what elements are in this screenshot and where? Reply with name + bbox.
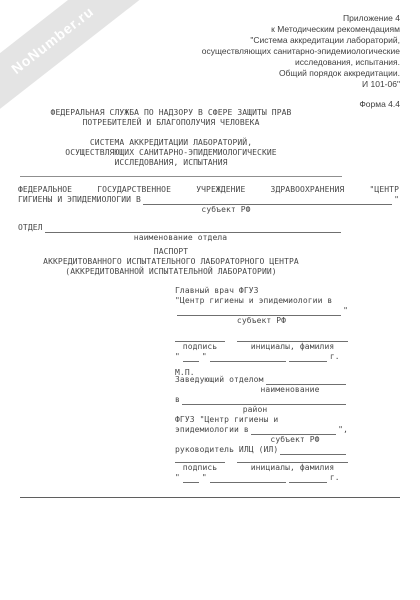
- name-blank-line: [237, 455, 348, 463]
- institution-name-line2: ГИГИЕНЫ И ЭПИДЕМИОЛОГИИ В: [18, 195, 141, 205]
- name-blank-line: [237, 334, 348, 342]
- subject-rf-caption: субъект РФ: [175, 316, 348, 326]
- name-caption: инициалы, фамилия: [237, 342, 348, 352]
- fguz-line: эпидемиологии в: [175, 425, 249, 435]
- in-label: в: [175, 395, 180, 405]
- department-name-caption: наименование отдела: [18, 233, 343, 243]
- appendix-line: исследования, испытания.: [120, 57, 400, 68]
- system-name-line: СИСТЕМА АККРЕДИТАЦИИ ЛАБОРАТОРИЙ,: [20, 138, 322, 148]
- title-line: (АККРЕДИТОВАННОЙ ИСПЫТАТЕЛЬНОЙ ЛАБОРАТОР…: [20, 267, 322, 277]
- blank-year-field: [289, 473, 327, 483]
- close-quote: ": [202, 473, 207, 483]
- subject-rf-caption: субъект РФ: [251, 435, 339, 445]
- blank-subject-field: [177, 306, 341, 316]
- chief-title-line: Главный врач ФГУЗ: [175, 286, 348, 296]
- closing-quote: ": [343, 306, 348, 316]
- name-caption: инициалы, фамилия: [237, 463, 348, 473]
- otdel-label: ОТДЕЛ: [18, 223, 43, 233]
- signature-caption: подпись: [175, 342, 225, 352]
- document-page: NoNumber.ru Приложение 4 к Методическим …: [0, 0, 420, 600]
- date-line: " " г.: [175, 352, 348, 362]
- spacer: [20, 128, 322, 138]
- agency-name-line: ПОТРЕБИТЕЛЕЙ И БЛАГОПОЛУЧИЯ ЧЕЛОВЕКА: [20, 118, 322, 128]
- subject-rf-caption: субъект РФ: [146, 205, 306, 215]
- institution-block: ФЕДЕРАЛЬНОЕ ГОСУДАРСТВЕННОЕ УЧРЕЖДЕНИЕ З…: [18, 185, 399, 243]
- signature-caption: подпись: [175, 463, 225, 473]
- appendix-line: Общий порядок аккредитации.: [120, 68, 400, 79]
- blank-subject-field: [251, 425, 336, 435]
- watermark-text: NoNumber.ru: [8, 3, 96, 77]
- chief-title-line: "Центр гигиены и эпидемиологии в: [175, 296, 348, 306]
- blank-head-field: [280, 445, 346, 455]
- appendix-line: И 101-06": [120, 79, 400, 90]
- system-name-line: ИССЛЕДОВАНИЯ, ИСПЫТАНИЯ: [20, 158, 322, 168]
- system-name-line: ОСУЩЕСТВЛЯЮЩИХ САНИТАРНО-ЭПИДЕМИОЛОГИЧЕС…: [20, 148, 322, 158]
- title-line: АККРЕДИТОВАННОГО ИСПЫТАТЕЛЬНОГО ЛАБОРАТО…: [20, 257, 322, 267]
- signature-blank-line: [175, 455, 225, 463]
- appendix-line: к Методическим рекомендациям: [120, 24, 400, 35]
- year-suffix: г.: [330, 473, 340, 483]
- appendix-line: "Система аккредитации лабораторий,: [120, 35, 400, 46]
- agency-name-line: ФЕДЕРАЛЬНАЯ СЛУЖБА ПО НАДЗОРУ В СФЕРЕ ЗА…: [20, 108, 322, 118]
- spacer: [175, 326, 348, 334]
- title-line: ПАСПОРТ: [20, 247, 322, 257]
- fguz-line: ФГУЗ "Центр гигиены и: [175, 415, 348, 425]
- open-quote: ": [175, 473, 180, 483]
- department-head-block: Заведующий отделом наименование в район …: [175, 375, 348, 483]
- ilc-head-label: руководитель ИЛЦ (ИЛ): [175, 445, 278, 455]
- closing-quote: ",: [338, 425, 348, 435]
- blank-month-field: [210, 473, 286, 483]
- open-quote: ": [175, 352, 180, 362]
- chief-physician-block: Главный врач ФГУЗ "Центр гигиены и эпиде…: [175, 286, 348, 378]
- blank-month-field: [210, 352, 286, 362]
- blank-day-field: [183, 473, 199, 483]
- document-title: ПАСПОРТ АККРЕДИТОВАННОГО ИСПЫТАТЕЛЬНОГО …: [20, 247, 322, 277]
- blank-subject-field: [143, 195, 392, 205]
- horizontal-rule-bottom: [20, 497, 400, 498]
- close-quote: ": [202, 352, 207, 362]
- blank-department-field: [45, 223, 341, 233]
- appendix-note: Приложение 4 к Методическим рекомендация…: [120, 13, 400, 110]
- year-suffix: г.: [330, 352, 340, 362]
- blank-district-field: [182, 395, 346, 405]
- district-caption: район: [215, 405, 295, 415]
- blank-year-field: [289, 352, 327, 362]
- signature-blank-line: [175, 334, 225, 342]
- institution-name-line1: ФЕДЕРАЛЬНОЕ ГОСУДАРСТВЕННОЕ УЧРЕЖДЕНИЕ З…: [18, 185, 399, 195]
- blank-name-field: [266, 375, 347, 385]
- date-line: " " г.: [175, 473, 348, 483]
- horizontal-rule-top: [20, 176, 342, 177]
- blank-day-field: [183, 352, 199, 362]
- closing-quote: ": [394, 195, 399, 205]
- dept-head-label: Заведующий отделом: [175, 375, 264, 385]
- agency-header: ФЕДЕРАЛЬНАЯ СЛУЖБА ПО НАДЗОРУ В СФЕРЕ ЗА…: [20, 108, 322, 168]
- name-caption: наименование: [245, 385, 335, 395]
- appendix-line: осуществляющих санитарно-эпидемиологичес…: [120, 46, 400, 57]
- appendix-line: Приложение 4: [120, 13, 400, 24]
